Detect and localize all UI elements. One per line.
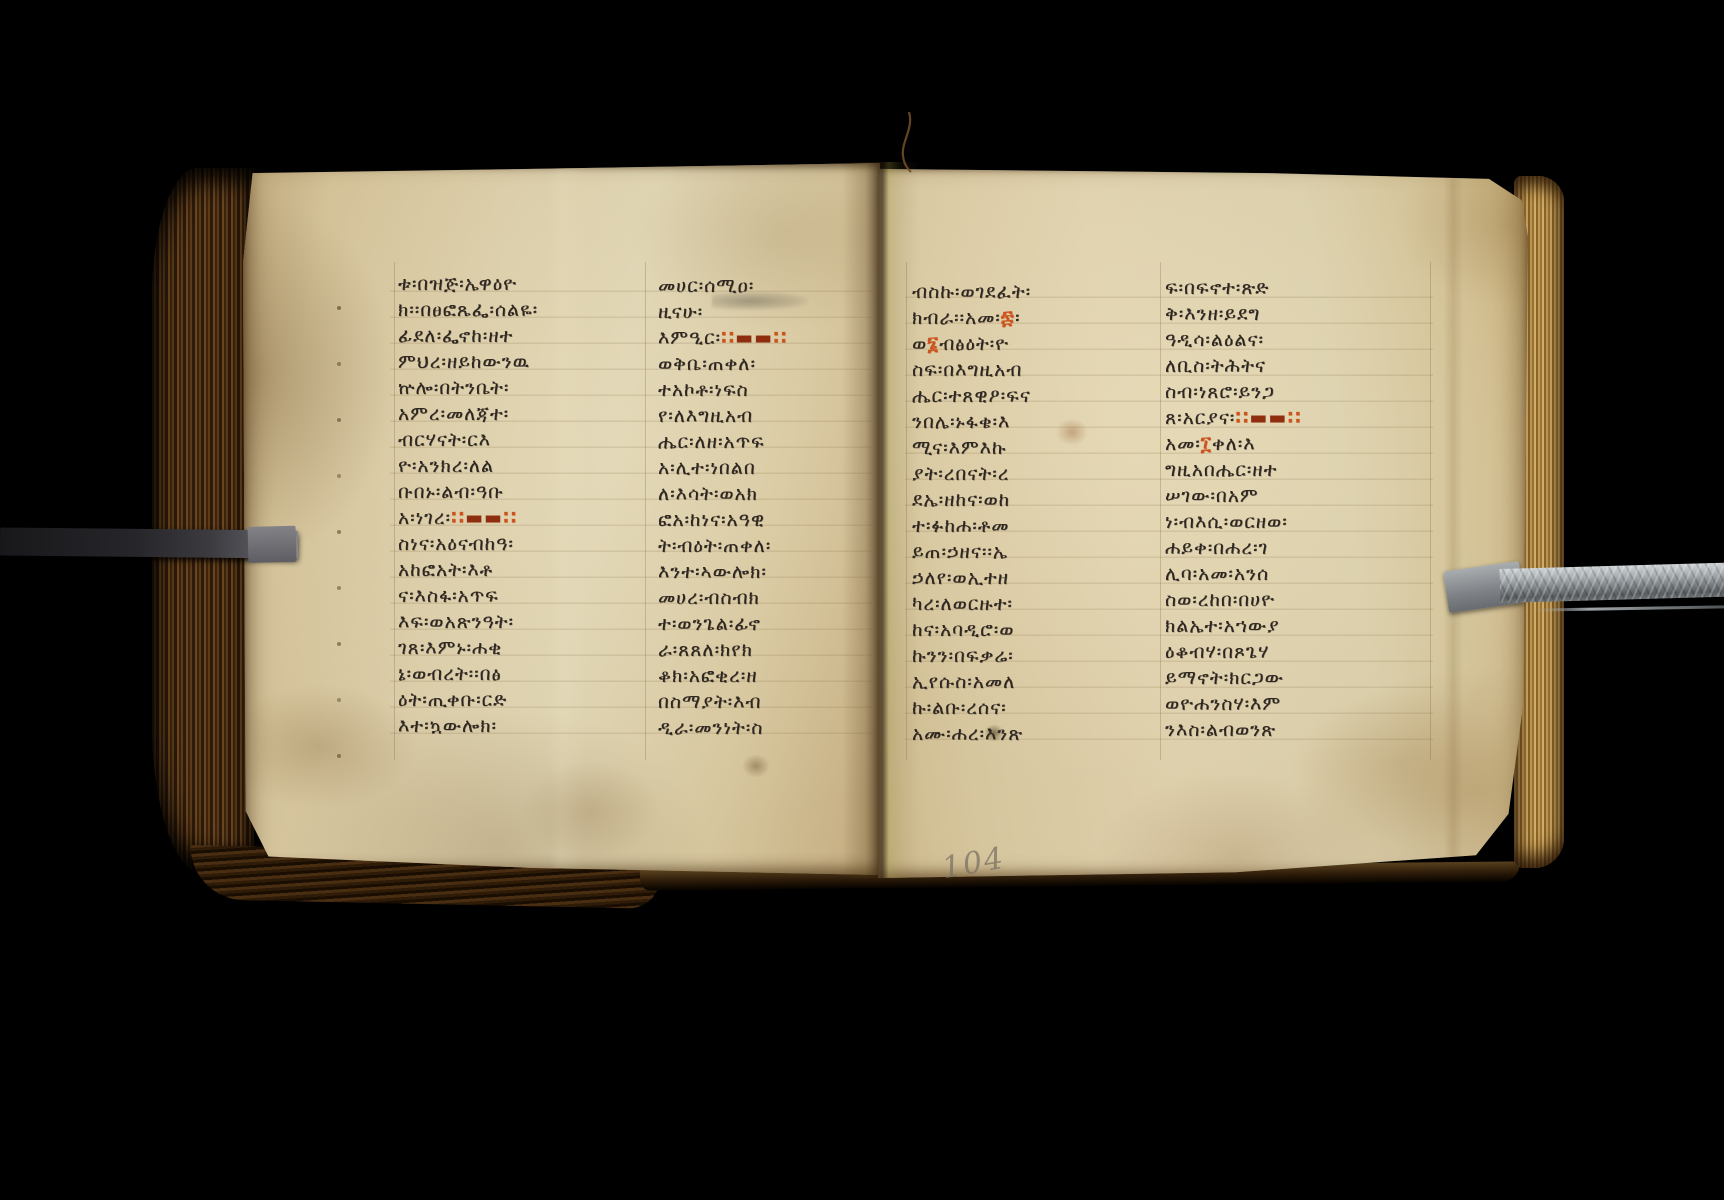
geez-text: ዓዲሳ፡ልዕልና፡ [1165,329,1264,351]
geez-text: ሐይቀ፡በሐረ፡ገ [1165,537,1268,559]
manuscript-text-line: ከና፡አባዲሮ፡ወ [912,618,1148,644]
geez-text: ስፍ፡በእግዚአብ [912,359,1022,381]
manuscript-text-line: ተ፡ወንጌል፡ፊኖ [658,612,872,638]
manuscript-text-line: ብስኩ፡ወገደፈት፡ [912,280,1148,306]
page-edge-stack-left [152,168,254,874]
manuscript-text-line: ስወ፡ረከበ፡በሀዮ [1165,588,1423,614]
manuscript-text-line: ክብራ፡፡አመ፡፷፡ [912,306,1148,332]
geez-text: ዕት፡ጢቀቡ፡ርድ [398,689,507,711]
manuscript-text-line: ለ፡እሳት፡ወአክ [658,482,872,508]
manuscript-text-line: አመ፡፲ቀለ፡እ [1165,432,1423,458]
manuscript-text-line: ቡበኑ፡ልብ፡ዓቡ [398,480,638,506]
geez-text: ኔ፡ወብረት፡፡በፅ [398,663,502,685]
text-column-2: መሀር፡ሰሚዐ፡ዚናሁ፡እምዒር፡∷▬▬∷ወቅቤ፡ጠቀለ፡ተአኮቶ፡ነፍስየ፡ለ… [658,274,872,744]
geez-text: ራ፡ጸጸለ፡ክየክ [658,639,753,661]
geez-text: ዕቆብሃ፡በጾጌሃ [1165,641,1269,663]
geez-text: ቀለ፡እ [1212,433,1256,455]
rubric-mark: ▬▬ [1250,407,1288,429]
manuscript-text-line: ና፡እስፋ፡አጥፍ [398,584,638,610]
manuscript-text-line: ንእስ፡ልብወንጽ [1165,718,1423,744]
manuscript-text-line: ደኤ፡ዘከና፡ወከ [912,488,1148,514]
geez-text: ኩ፡ልቡ፡ረሰና፡ [912,697,1007,719]
manuscript-text-line: ዲራ፡መንነት፡ስ [658,716,872,742]
rubric-mark: ፮ [927,333,939,355]
manuscript-text-line: ጸ፡አርያና፡∷▬▬∷ [1165,406,1423,432]
manuscript-text-line: ሠገው፡በአም [1165,484,1423,510]
rubric-mark: ∷ [1235,407,1249,429]
rubric-mark: ▬▬ [735,327,773,349]
manuscript-text-line: ፍ፡በፍኖተ፡ጽድ [1165,276,1423,302]
geez-text: ና፡እስፋ፡አጥፍ [398,585,499,607]
rubric-mark: ∷ [773,327,787,349]
rubric-mark: ∷ [451,507,465,529]
bookmark-ribbon-right [1500,563,1724,603]
rubric-mark: ፷ [1001,307,1015,329]
geez-text: ክብራ፡፡አመ፡ [912,307,1001,329]
geez-text: ክልኤተ፡አኀውያ [1165,615,1280,637]
geez-text: ቡበኑ፡ልብ፡ዓቡ [398,481,504,503]
geez-text: ዮ፡አንክረ፡ለል [398,455,494,477]
manuscript-text-line: ዕቆብሃ፡በጾጌሃ [1165,640,1423,666]
geez-text: ተ፡ወንጌል፡ፊኖ [658,613,761,635]
manuscript-text-line: ኩ፡ልቡ፡ረሰና፡ [912,696,1148,722]
manuscript-text-line: ኩንን፡በፍቃሬ፡ [912,644,1148,670]
geez-text: ከና፡አባዲሮ፡ወ [912,619,1014,641]
manuscript-text-line: ሔር፡ተጸዊዖ፡ፍና [912,384,1148,410]
geez-text: አምረ፡መለጃተ፡ [398,403,509,425]
geez-text: ወቅቤ፡ጠቀለ፡ [658,353,756,375]
geez-text: ጸ፡አርያና፡ [1165,407,1235,429]
manuscript-text-line: አምረ፡መለጃተ፡ [398,402,638,428]
geez-text: ፎአ፡ከነና፡አዓዊ [658,509,765,531]
geez-text: አከፎአት፡እቶ [398,559,493,581]
geez-text: ንእስ፡ልብወንጽ [1165,719,1276,741]
geez-text: ብርሃናት፡ርእ [398,429,491,451]
geez-text: ገጸ፡እምኑ፡ሐቂ [398,637,502,659]
manuscript-text-line: እምዒር፡∷▬▬∷ [658,326,872,352]
manuscript-text-line: ወዮሐንስሃ፡እም [1165,692,1423,718]
manuscript-text-line: ስነና፡አዕናብከዓ፡ [398,532,638,558]
manuscript-text-line: መሀረ፡ብስብክ [658,586,872,612]
geez-text: ሔር፡ለዘ፡አጥፍ [658,431,765,453]
manuscript-text-line: ንበሌ፡ኑፋቄ፡እ [912,410,1148,436]
geez-text: ስብ፡ነጸሮ፡ይንጋ [1165,381,1275,403]
bookmark-ribbon-left-tab [248,526,297,563]
manuscript-text-line: ለቢስ፡ትሕትና [1165,354,1423,380]
geez-text: ኢየሱስ፡አመለ [912,671,1015,693]
manuscript-text-line: ዮ፡አንክረ፡ለል [398,454,638,480]
geez-text: ክ፡፡በፀፎጼፌ፡ሰልዬ፡ [398,299,538,321]
geez-text: ሠገው፡በአም [1165,485,1259,507]
manuscript-text-line: ካረ፡ለወርዙተ፡ [912,592,1148,618]
manuscript-text-line: ያት፡ረበናት፡ረ [912,462,1148,488]
geez-text: ኃለየ፡ወኢተዘ [912,567,1009,589]
manuscript-text-line: ሊባ፡አመ፡አንሰ [1165,562,1423,588]
geez-text: ያት፡ረበናት፡ረ [912,463,1009,485]
manuscript-text-line: ዕት፡ጢቀቡ፡ርድ [398,688,638,714]
manuscript-text-line: ሔር፡ለዘ፡አጥፍ [658,430,872,456]
text-column-1: ቱ፡በዝጅ፡ኤዋዕዮክ፡፡በፀፎጼፌ፡ሰልዬ፡ፊደለ፡ፌኖከ፡ዘተምህረ፡ዘይከ… [398,272,638,742]
manuscript-text-line: ብርሃናት፡ርእ [398,428,638,454]
geez-text: ወዮሐንስሃ፡እም [1165,693,1281,715]
manuscript-text-line: ስብ፡ነጸሮ፡ይንጋ [1165,380,1423,406]
manuscript-text-line: ፎአ፡ከነና፡አዓዊ [658,508,872,534]
geez-text: በስማያት፡እብ [658,691,761,713]
geez-text: እንተ፡ኣውሎክ፡ [658,561,767,583]
manuscript-text-line: ፊደለ፡ፌኖከ፡ዘተ [398,324,638,350]
geez-text: ኩንን፡በፍቃሬ፡ [912,645,1014,667]
geez-text: ነ፡ብእሲ፡ወርዘወ፡ [1165,511,1288,533]
geez-text: ግዚአበሔር፡ዘተ [1165,459,1277,481]
geez-text: አ፡ሊተ፡ነበልበ [658,457,756,479]
manuscript-text-line: ክ፡፡በፀፎጼፌ፡ሰልዬ፡ [398,298,638,324]
geez-text: አሙ፡ሐረ፡እንጽ [912,723,1023,745]
manuscript-text-line: ዓዲሳ፡ልዕልና፡ [1165,328,1423,354]
geez-text: እምዒር፡ [658,327,721,349]
rubric-mark: ▬▬ [465,507,503,529]
manuscript-text-line: ወ፮ብፅዕት፡ዮ [912,332,1148,358]
geez-text: ይጠ፡ኃዘና፡፡ኤ [912,541,1008,563]
manuscript-text-line: እተ፡ኳውሎክ፡ [398,714,638,740]
geez-text: ሊባ፡አመ፡አንሰ [1165,563,1269,585]
manuscript-text-line: አ፡ሊተ፡ነበልበ [658,456,872,482]
geez-text: ሔር፡ተጸዊዖ፡ፍና [912,385,1031,407]
geez-text: ደኤ፡ዘከና፡ወከ [912,489,1010,511]
geez-text: እተ፡ኳውሎክ፡ [398,715,497,737]
manuscript-text-line: ት፡ብዕት፡ጠቀለ፡ [658,534,872,560]
geez-text: ቆክ፡አፎቂረ፡ዘ [658,665,758,687]
geez-text: ለ፡እሳት፡ወአክ [658,483,758,505]
geez-text: ኵሎ፡በትንቤት፡ [398,377,509,399]
geez-text: ት፡ብዕት፡ጠቀለ፡ [658,535,771,557]
geez-text: ንበሌ፡ኑፋቄ፡እ [912,411,1010,433]
manuscript-text-line: ቆክ፡አፎቂረ፡ዘ [658,664,872,690]
manuscript-text-line: እፍ፡ወአጽንዓት፡ [398,610,638,636]
geez-text: ዲራ፡መንነት፡ስ [658,717,763,739]
geez-text: ስነና፡አዕናብከዓ፡ [398,533,514,555]
manuscript-text-line: ገጸ፡እምኑ፡ሐቂ [398,636,638,662]
manuscript-text-line: እንተ፡ኣውሎክ፡ [658,560,872,586]
geez-text: ፍ፡በፍኖተ፡ጽድ [1165,277,1269,299]
manuscript-text-line: ራ፡ጸጸለ፡ክየክ [658,638,872,664]
geez-text: እፍ፡ወአጽንዓት፡ [398,611,514,633]
geez-text: ካረ፡ለወርዙተ፡ [912,593,1013,615]
manuscript-photo: ቱ፡በዝጅ፡ኤዋዕዮክ፡፡በፀፎጼፌ፡ሰልዬ፡ፊደለ፡ፌኖከ፡ዘተምህረ፡ዘይከ… [0,0,1724,1200]
manuscript-text-line: ቅ፡እንዘ፡ይደግ [1165,302,1423,328]
manuscript-text-line: ስፍ፡በእግዚአብ [912,358,1148,384]
manuscript-text-line: ወቅቤ፡ጠቀለ፡ [658,352,872,378]
geez-text: ፡ [1015,307,1020,329]
manuscript-text-line: ግዚአበሔር፡ዘተ [1165,458,1423,484]
manuscript-text-line: ተ፡ፉከሐ፡ቶመ [912,514,1148,540]
column-guide-line [1430,262,1431,760]
manuscript-text-line: ኔ፡ወብረት፡፡በፅ [398,662,638,688]
manuscript-text-line: ኃለየ፡ወኢተዘ [912,566,1148,592]
geez-text: ስወ፡ረከበ፡በሀዮ [1165,589,1275,611]
geez-text: መሀረ፡ብስብክ [658,587,760,609]
manuscript-text-line: ቱ፡በዝጅ፡ኤዋዕዮ [398,272,638,298]
manuscript-text-line: ምህረ፡ዘይከውንዉ [398,350,638,376]
geez-text: ወ [912,333,927,355]
manuscript-text-line: ኵሎ፡በትንቤት፡ [398,376,638,402]
manuscript-text-line: አ፡ነገረ፡∷▬▬∷ [398,506,638,532]
manuscript-text-line: ሚና፡እምእኩ [912,436,1148,462]
manuscript-text-line: ይጠ፡ኃዘና፡፡ኤ [912,540,1148,566]
manuscript-text-line: ነ፡ብእሲ፡ወርዘወ፡ [1165,510,1423,536]
rubric-mark: ∷ [721,327,735,349]
geez-text: ይማኖት፡ክርጋው [1165,667,1284,689]
manuscript-text-line: ተአኮቶ፡ነፍስ [658,378,872,404]
rubric-mark: ∷ [503,507,517,529]
geez-text: ዚናሁ፡ [658,301,703,323]
geez-text: ምህረ፡ዘይከውንዉ [398,351,530,373]
pricking-holes [337,306,341,310]
bookmark-ribbon-left [0,527,298,558]
geez-text: ቅ፡እንዘ፡ይደግ [1165,303,1260,325]
geez-text: ቱ፡በዝጅ፡ኤዋዕዮ [398,273,517,295]
binding-thread-icon [893,110,919,174]
geez-text: አመ፡ [1165,433,1201,455]
column-guide-line [1160,262,1161,760]
geez-text: ሚና፡እምእኩ [912,437,1006,459]
manuscript-text-line: አከፎአት፡እቶ [398,558,638,584]
manuscript-text-line: በስማያት፡እብ [658,690,872,716]
manuscript-text-line: ኢየሱስ፡አመለ [912,670,1148,696]
text-column-3: ብስኩ፡ወገደፈት፡ክብራ፡፡አመ፡፷፡ወ፮ብፅዕት፡ዮስፍ፡በእግዚአብሔር፡… [912,280,1148,750]
geez-text: የ፡ለእግዚአብ [658,405,753,427]
text-column-4: ፍ፡በፍኖተ፡ጽድቅ፡እንዘ፡ይደግዓዲሳ፡ልዕልና፡ለቢስ፡ትሕትናስብ፡ነጸ… [1165,276,1423,746]
column-guide-line [645,262,646,760]
geez-text: ብፅዕት፡ዮ [939,333,1009,355]
geez-text: ተአኮቶ፡ነፍስ [658,379,749,401]
geez-text: ተ፡ፉከሐ፡ቶመ [912,515,1009,537]
geez-text: አ፡ነገረ፡ [398,507,451,529]
manuscript-text-line: የ፡ለእግዚአብ [658,404,872,430]
ink-smudge [712,292,808,310]
column-guide-line [394,262,395,760]
manuscript-text-line: ይማኖት፡ክርጋው [1165,666,1423,692]
rubric-mark: ፲ [1201,433,1212,455]
manuscript-text-line: ሐይቀ፡በሐረ፡ገ [1165,536,1423,562]
column-guide-line [906,262,907,760]
manuscript-text-line: ክልኤተ፡አኀውያ [1165,614,1423,640]
rubric-mark: ∷ [1287,407,1301,429]
geez-text: ፊደለ፡ፌኖከ፡ዘተ [398,325,513,347]
geez-text: ለቢስ፡ትሕትና [1165,355,1266,377]
manuscript-text-line: አሙ፡ሐረ፡እንጽ [912,722,1148,748]
geez-text: ብስኩ፡ወገደፈት፡ [912,281,1031,303]
